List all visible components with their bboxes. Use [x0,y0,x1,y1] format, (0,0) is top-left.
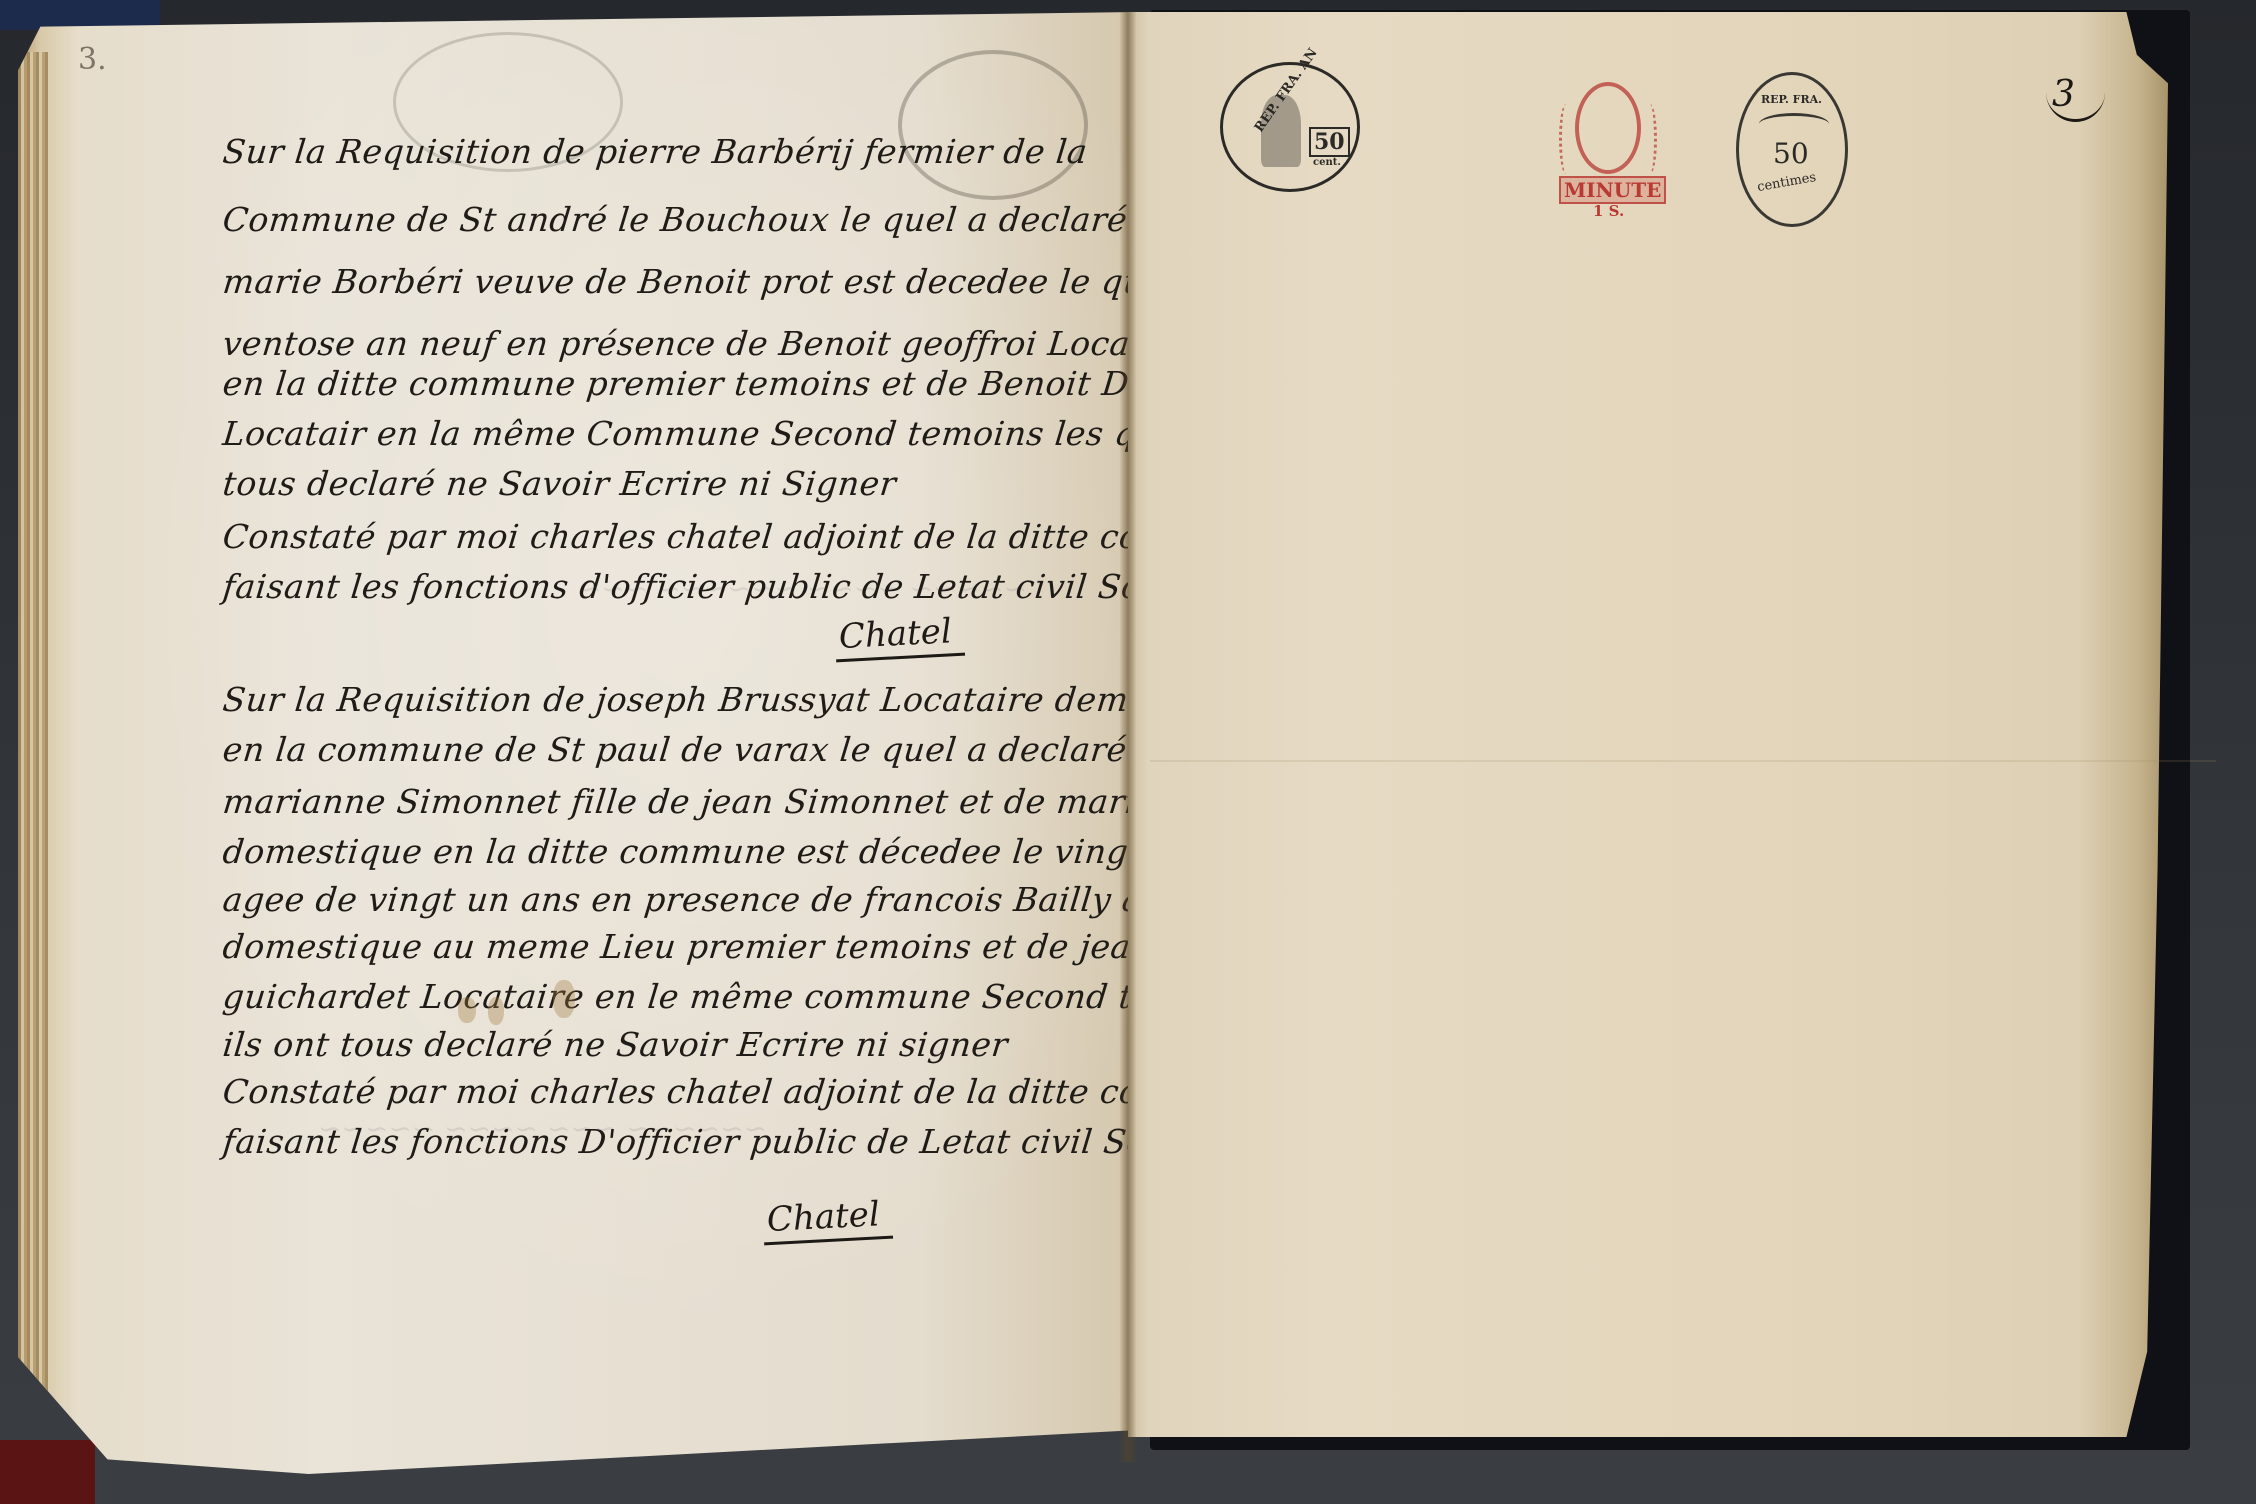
record-line: domestique au meme Lieu premier temoins … [221,927,1136,966]
record-line: Sur la Requisition de pierre Barbérij fe… [221,132,1090,171]
stamp-legend: REP. FRA. [1761,93,1822,106]
stamp-value: 50 [1773,137,1809,170]
red-minute-stamp: MINUTE 1 S. [1553,64,1663,222]
record-line: ils ont tous declaré ne Savoir Ecrire ni… [221,1025,1010,1064]
stamp-value: 50 [1309,127,1350,157]
record-line: marie Borbéri veuve de Benoit prot est d… [221,262,1136,301]
record-line: Sur la Requisition de joseph Brussyat Lo… [221,680,1136,719]
stamp-unit: cent. [1313,157,1341,168]
record-line: Commune de St andré le Bouchoux le quel … [221,200,1136,239]
red-cover-corner [0,1440,95,1504]
faint-stamp-impression [898,50,1088,200]
signature: Chatel [834,611,965,663]
stamp-value: 1 S. [1593,202,1624,220]
record-line: guichardet Locataire en le même commune … [221,977,1136,1016]
left-page: 3. ~~~~~ ~~~~ ~~~~~~ ~~~ ~~~~~~ ~~~ ~~~~… [18,12,1136,1474]
folio-number: 3 [2046,74,2105,122]
water-stain [488,997,504,1025]
book-photo-scene: 3. ~~~~~ ~~~~ ~~~~~~ ~~~ ~~~~~~ ~~~ ~~~~… [0,0,2256,1504]
seated-figure-icon [1261,95,1301,167]
record-line: Constaté par moi charles chatel adjoint … [221,517,1136,556]
record-line: domestique en la ditte commune est déced… [221,832,1136,871]
paper-fold-line [1150,760,2216,762]
record-line: en la ditte commune premier temoins et d… [221,364,1136,403]
oval-portrait-icon [1575,82,1641,174]
record-line: en la commune de St paul de varax le que… [221,730,1136,769]
ribbon-icon [1759,113,1829,135]
record-line: tous declaré ne Savoir Ecrire ni Signer [221,464,898,503]
fifty-centimes-stamp: REP. FRA. 50 centimes [1736,72,1848,227]
laurel-icon [1643,104,1657,174]
right-page: REP. FRA. AN 50 cent. MINUTE 1 S. REP. F… [1128,12,2168,1437]
record-line: faisant les fonctions d'officier public … [221,567,1136,606]
stamp-legend: MINUTE [1559,176,1666,204]
record-line: marianne Simonnet fille de jean Simonnet… [221,782,1136,821]
record-line: faisant les fonctions D'officier public … [221,1122,1136,1161]
book-gutter [1120,12,1136,1462]
page-edges-stack [18,52,48,1472]
corner-mark: 3. [78,42,107,77]
republic-figure-stamp: REP. FRA. AN 50 cent. [1220,62,1360,192]
signature: Chatel [762,1194,893,1246]
record-line: agee de vingt un ans en presence de fran… [221,880,1136,919]
laurel-icon [1559,104,1573,174]
record-line: Constaté par moi charles chatel adjoint … [221,1072,1136,1111]
stamp-unit: centimes [1756,170,1817,195]
water-stain [458,997,476,1023]
record-line: Locatair en la même Commune Second temoi… [221,414,1136,453]
water-stain [553,980,575,1018]
record-line: ventose an neuf en présence de Benoit ge… [221,324,1136,363]
